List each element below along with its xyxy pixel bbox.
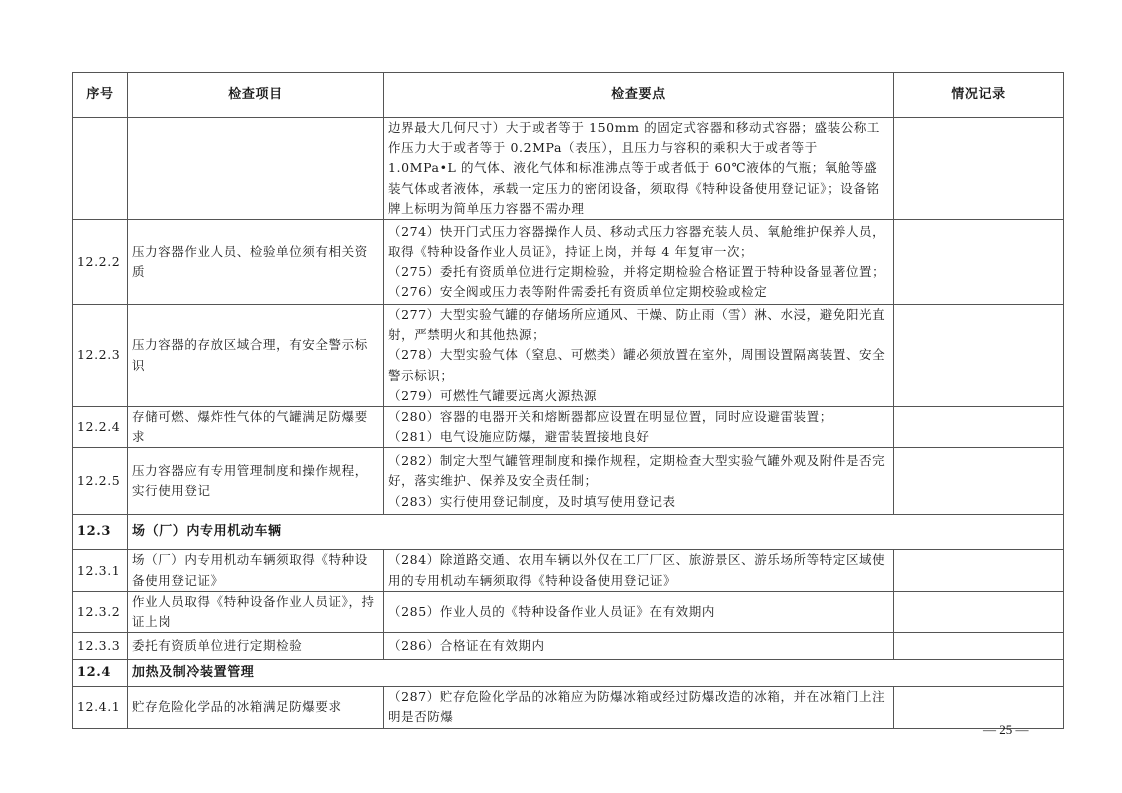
cell-record[interactable] bbox=[894, 591, 1064, 632]
cell-record[interactable] bbox=[894, 448, 1064, 515]
page-number: — 25 — bbox=[983, 722, 1029, 738]
point-277: （277）大型实验气罐的存储场所应通风、干燥、防止雨（雪）淋、水浸，避免阳光直射… bbox=[388, 305, 889, 345]
point-281: （281）电气设施应防爆，避雷装置接地良好 bbox=[388, 427, 889, 447]
cell-no: 12.2.3 bbox=[73, 305, 128, 407]
table-row: 12.2.3 压力容器的存放区域合理，有安全警示标识 （277）大型实验气罐的存… bbox=[73, 305, 1064, 407]
point-284: （284）除道路交通、农用车辆以外仅在工厂厂区、旅游景区、游乐场所等特定区域使用… bbox=[388, 550, 889, 590]
point-274: （274）快开门式压力容器操作人员、移动式压力容器充装人员、氧舱维护保养人员，取… bbox=[388, 222, 889, 262]
cell-record[interactable] bbox=[894, 687, 1064, 728]
inspection-table: 序号 检查项目 检查要点 情况记录 边界最大几何尺寸）大于或者等于 150mm … bbox=[72, 72, 1064, 729]
point-283: （283）实行使用登记制度，及时填写使用登记表 bbox=[388, 492, 889, 512]
point-282: （282）制定大型气罐管理制度和操作规程，定期检查大型实验气罐外观及附件是否完好… bbox=[388, 451, 889, 491]
table-row: 12.4.1 贮存危险化学品的冰箱满足防爆要求 （287）贮存危险化学品的冰箱应… bbox=[73, 687, 1064, 728]
cell-record[interactable] bbox=[894, 305, 1064, 407]
section-title: 场（厂）内专用机动车辆 bbox=[128, 515, 1064, 550]
cell-record[interactable] bbox=[894, 550, 1064, 591]
point-278: （278）大型实验气体（窒息、可燃类）罐必须放置在室外，周围设置隔离装置、安全警… bbox=[388, 345, 889, 385]
section-no: 12.3 bbox=[73, 515, 128, 550]
cell-no: 12.2.4 bbox=[73, 407, 128, 448]
cell-no: 12.3.2 bbox=[73, 591, 128, 632]
cell-item: 压力容器应有专用管理制度和操作规程，实行使用登记 bbox=[128, 448, 384, 515]
cell-points: （277）大型实验气罐的存储场所应通风、干燥、防止雨（雪）淋、水浸，避免阳光直射… bbox=[384, 305, 894, 407]
cell-item: 委托有资质单位进行定期检验 bbox=[128, 633, 384, 660]
header-points: 检查要点 bbox=[384, 73, 894, 118]
cell-points: （274）快开门式压力容器操作人员、移动式压力容器充装人员、氧舱维护保养人员，取… bbox=[384, 220, 894, 305]
table-row: 12.3.1 场（厂）内专用机动车辆须取得《特种设备使用登记证》 （284）除道… bbox=[73, 550, 1064, 591]
cell-no: 12.2.2 bbox=[73, 220, 128, 305]
point-276: （276）安全阀或压力表等附件需委托有资质单位定期校验或检定 bbox=[388, 282, 889, 302]
table-row: 12.2.4 存储可燃、爆炸性气体的气罐满足防爆要求 （280）容器的电器开关和… bbox=[73, 407, 1064, 448]
table-row: 12.3.3 委托有资质单位进行定期检验 （286）合格证在有效期内 bbox=[73, 633, 1064, 660]
cell-item bbox=[128, 118, 384, 220]
cell-item: 压力容器的存放区域合理，有安全警示标识 bbox=[128, 305, 384, 407]
point-286: （286）合格证在有效期内 bbox=[388, 636, 889, 656]
cell-item: 场（厂）内专用机动车辆须取得《特种设备使用登记证》 bbox=[128, 550, 384, 591]
header-no: 序号 bbox=[73, 73, 128, 118]
cell-record[interactable] bbox=[894, 220, 1064, 305]
cell-points: 边界最大几何尺寸）大于或者等于 150mm 的固定式容器和移动式容器；盛装公称工… bbox=[384, 118, 894, 220]
cell-no: 12.3.3 bbox=[73, 633, 128, 660]
point-275: （275）委托有资质单位进行定期检验，并将定期检验合格证置于特种设备显著位置； bbox=[388, 262, 889, 282]
table-row: 12.2.5 压力容器应有专用管理制度和操作规程，实行使用登记 （282）制定大… bbox=[73, 448, 1064, 515]
point-285: （285）作业人员的《特种设备作业人员证》在有效期内 bbox=[388, 602, 889, 622]
table-row: 12.3.2 作业人员取得《特种设备作业人员证》，持证上岗 （285）作业人员的… bbox=[73, 591, 1064, 632]
cell-no: 12.2.5 bbox=[73, 448, 128, 515]
cell-points: （282）制定大型气罐管理制度和操作规程，定期检查大型实验气罐外观及附件是否完好… bbox=[384, 448, 894, 515]
section-title: 加热及制冷装置管理 bbox=[128, 660, 1064, 687]
cell-points: （286）合格证在有效期内 bbox=[384, 633, 894, 660]
cell-points: （285）作业人员的《特种设备作业人员证》在有效期内 bbox=[384, 591, 894, 632]
cell-item: 贮存危险化学品的冰箱满足防爆要求 bbox=[128, 687, 384, 728]
cell-points: （287）贮存危险化学品的冰箱应为防爆冰箱或经过防爆改造的冰箱，并在冰箱门上注明… bbox=[384, 687, 894, 728]
cell-record[interactable] bbox=[894, 633, 1064, 660]
cell-no: 12.4.1 bbox=[73, 687, 128, 728]
cell-no bbox=[73, 118, 128, 220]
section-row: 12.3 场（厂）内专用机动车辆 bbox=[73, 515, 1064, 550]
point-280: （280）容器的电器开关和熔断器都应设置在明显位置，同时应设避雷装置； bbox=[388, 407, 889, 427]
point-279: （279）可燃性气罐要远离火源热源 bbox=[388, 386, 889, 406]
header-record: 情况记录 bbox=[894, 73, 1064, 118]
cell-record[interactable] bbox=[894, 407, 1064, 448]
cell-item: 作业人员取得《特种设备作业人员证》，持证上岗 bbox=[128, 591, 384, 632]
header-item: 检查项目 bbox=[128, 73, 384, 118]
section-row: 12.4 加热及制冷装置管理 bbox=[73, 660, 1064, 687]
table-row: 边界最大几何尺寸）大于或者等于 150mm 的固定式容器和移动式容器；盛装公称工… bbox=[73, 118, 1064, 220]
point-287: （287）贮存危险化学品的冰箱应为防爆冰箱或经过防爆改造的冰箱，并在冰箱门上注明… bbox=[388, 687, 889, 727]
cell-no: 12.3.1 bbox=[73, 550, 128, 591]
cell-points: （280）容器的电器开关和熔断器都应设置在明显位置，同时应设避雷装置； （281… bbox=[384, 407, 894, 448]
points-text: 边界最大几何尺寸）大于或者等于 150mm 的固定式容器和移动式容器；盛装公称工… bbox=[388, 118, 889, 219]
table-row: 12.2.2 压力容器作业人员、检验单位须有相关资质 （274）快开门式压力容器… bbox=[73, 220, 1064, 305]
section-no: 12.4 bbox=[73, 660, 128, 687]
table-header-row: 序号 检查项目 检查要点 情况记录 bbox=[73, 73, 1064, 118]
cell-item: 压力容器作业人员、检验单位须有相关资质 bbox=[128, 220, 384, 305]
cell-points: （284）除道路交通、农用车辆以外仅在工厂厂区、旅游景区、游乐场所等特定区域使用… bbox=[384, 550, 894, 591]
cell-record[interactable] bbox=[894, 118, 1064, 220]
cell-item: 存储可燃、爆炸性气体的气罐满足防爆要求 bbox=[128, 407, 384, 448]
